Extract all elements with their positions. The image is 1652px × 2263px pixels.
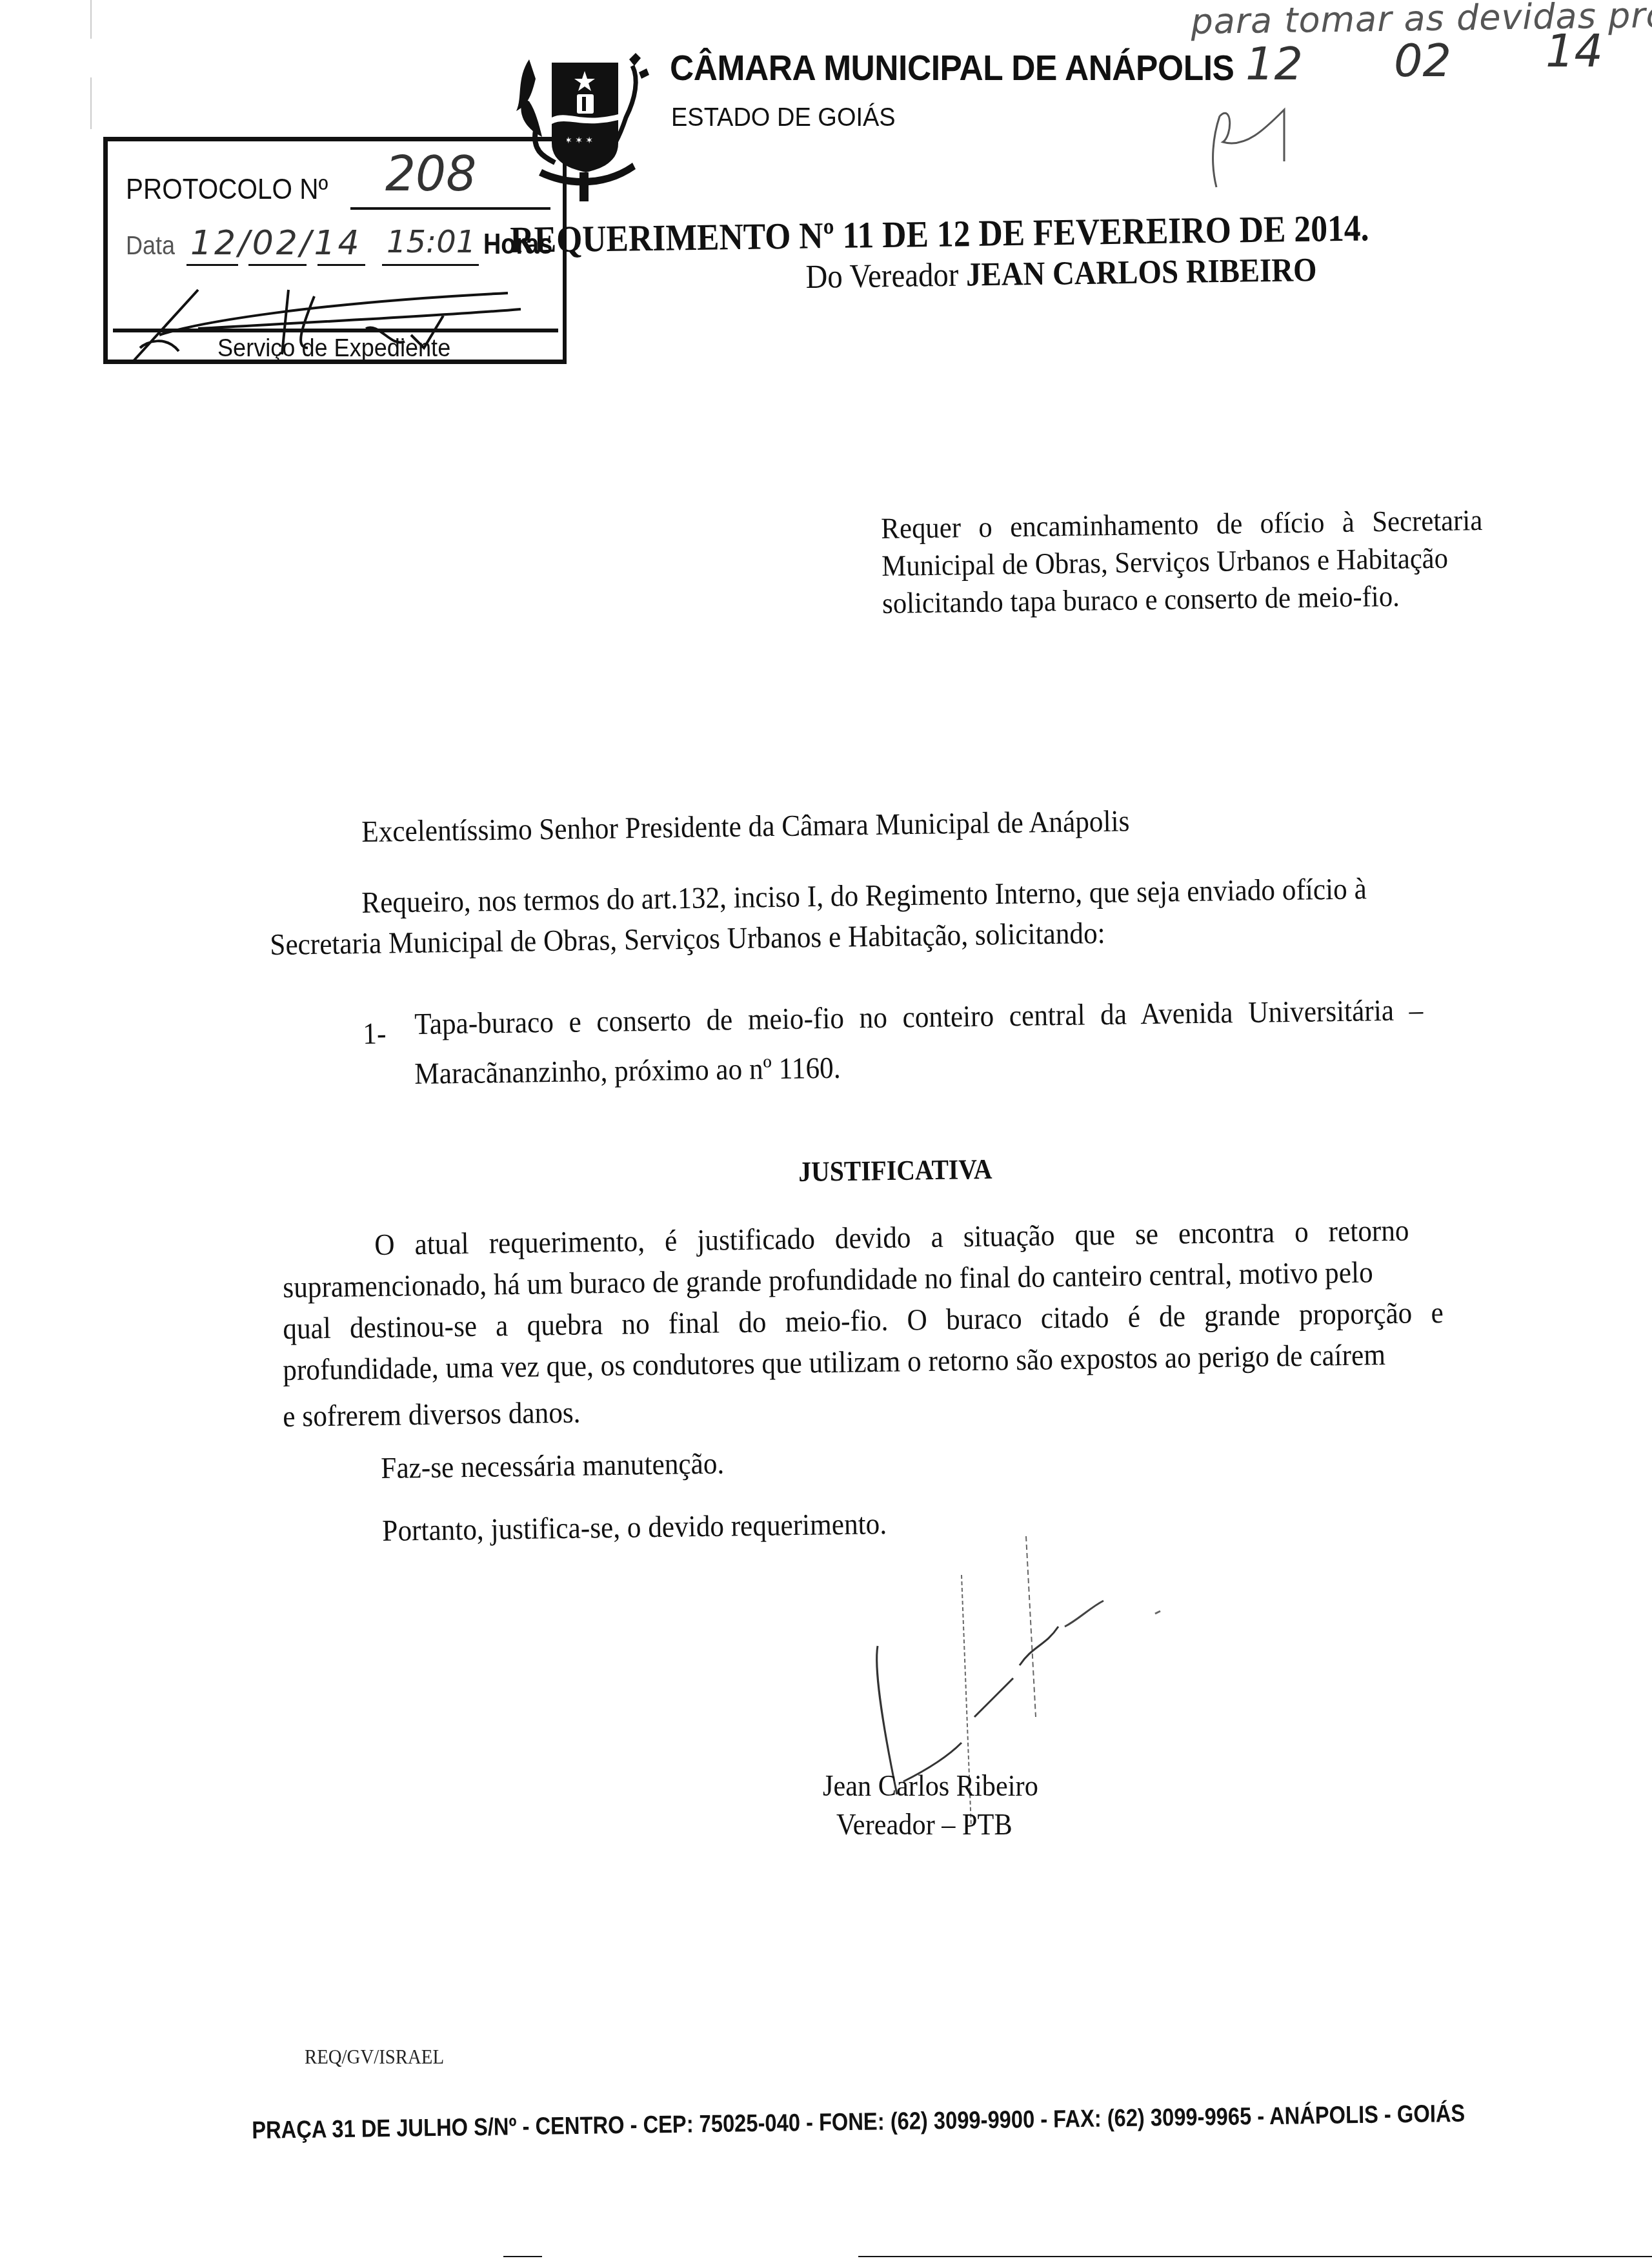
footer-rule: [503, 2256, 542, 2257]
justification-line: supramencionado, há um buraco de grande …: [283, 1255, 1373, 1305]
summary-line: solicitando tapa buraco e conserto de me…: [882, 576, 1484, 622]
handwritten-year: 14: [1546, 25, 1603, 77]
handwritten-month: 02: [1394, 34, 1451, 87]
time-value: 15:01: [387, 224, 476, 260]
author-name: Jean Carlos Ribeiro: [823, 1769, 1038, 1803]
author-role: Vereador – PTB: [836, 1807, 1012, 1842]
justification-heading: JUSTIFICATIVA: [798, 1153, 992, 1188]
request-line: Requeiro, nos termos do art.132, inciso …: [361, 871, 1367, 920]
salutation: Excelentíssimo Senhor Presidente da Câma…: [361, 804, 1130, 849]
subtitle-prefix: Do Vereador: [805, 257, 959, 296]
protocol-stamp: PROTOCOLO Nº 208 Data 12/02/14 15:01 Hor…: [103, 137, 567, 364]
footer-address: PRAÇA 31 DE JULHO S/Nº - CENTRO - CEP: 7…: [252, 2100, 1465, 2145]
time-line: [382, 264, 479, 266]
closing-line: Portanto, justifica-se, o devido requeri…: [382, 1507, 887, 1548]
date-day-line: [186, 264, 238, 266]
subtitle-author: JEAN CARLOS RIBEIRO: [966, 252, 1317, 294]
protocol-label: PROTOCOLO Nº: [126, 174, 328, 206]
protocol-number-line: [350, 207, 550, 210]
organization-name: CÂMARA MUNICIPAL DE ANÁPOLIS: [670, 46, 1234, 88]
item-line: Tapa-buraco e conserto de meio-fio no co…: [414, 993, 1424, 1042]
justification-line: e sofrerem diversos danos.: [283, 1395, 581, 1434]
justification-line: profundidade, uma vez que, os condutores…: [283, 1337, 1385, 1388]
protocol-number: 208: [385, 147, 476, 202]
justification-line: O atual requerimento, é justificado devi…: [374, 1213, 1409, 1263]
scan-artifact: [90, 0, 92, 39]
scan-artifact: [90, 77, 92, 129]
summary: Requer o encaminhamento de ofício à Secr…: [881, 502, 1484, 622]
date-year-line: [317, 264, 365, 266]
handwritten-day: 12: [1245, 37, 1303, 90]
rubric-icon: [1207, 84, 1375, 194]
signature-line: [113, 329, 558, 332]
item-line: Maracãnanzinho, próximo ao nº 1160.: [414, 1051, 841, 1091]
date-label: Data: [126, 232, 175, 261]
request-line: Secretaria Municipal de Obras, Serviços …: [270, 916, 1105, 962]
footer-rule: [858, 2256, 1652, 2257]
maintenance-line: Faz-se necessária manutenção.: [381, 1446, 725, 1486]
date-month-line: [248, 264, 307, 266]
date-value: 12/02/14: [190, 224, 362, 263]
organization-state: ESTADO DE GOIÁS: [671, 103, 896, 132]
svg-text:✶ ✶ ✶: ✶ ✶ ✶: [565, 136, 593, 146]
item-number: 1-: [363, 1016, 387, 1051]
reference-code: REQ/GV/ISRAEL: [305, 2045, 444, 2069]
document-subtitle: Do Vereador JEAN CARLOS RIBEIRO: [805, 251, 1317, 296]
department-label: Serviço de Expediente: [217, 335, 450, 363]
